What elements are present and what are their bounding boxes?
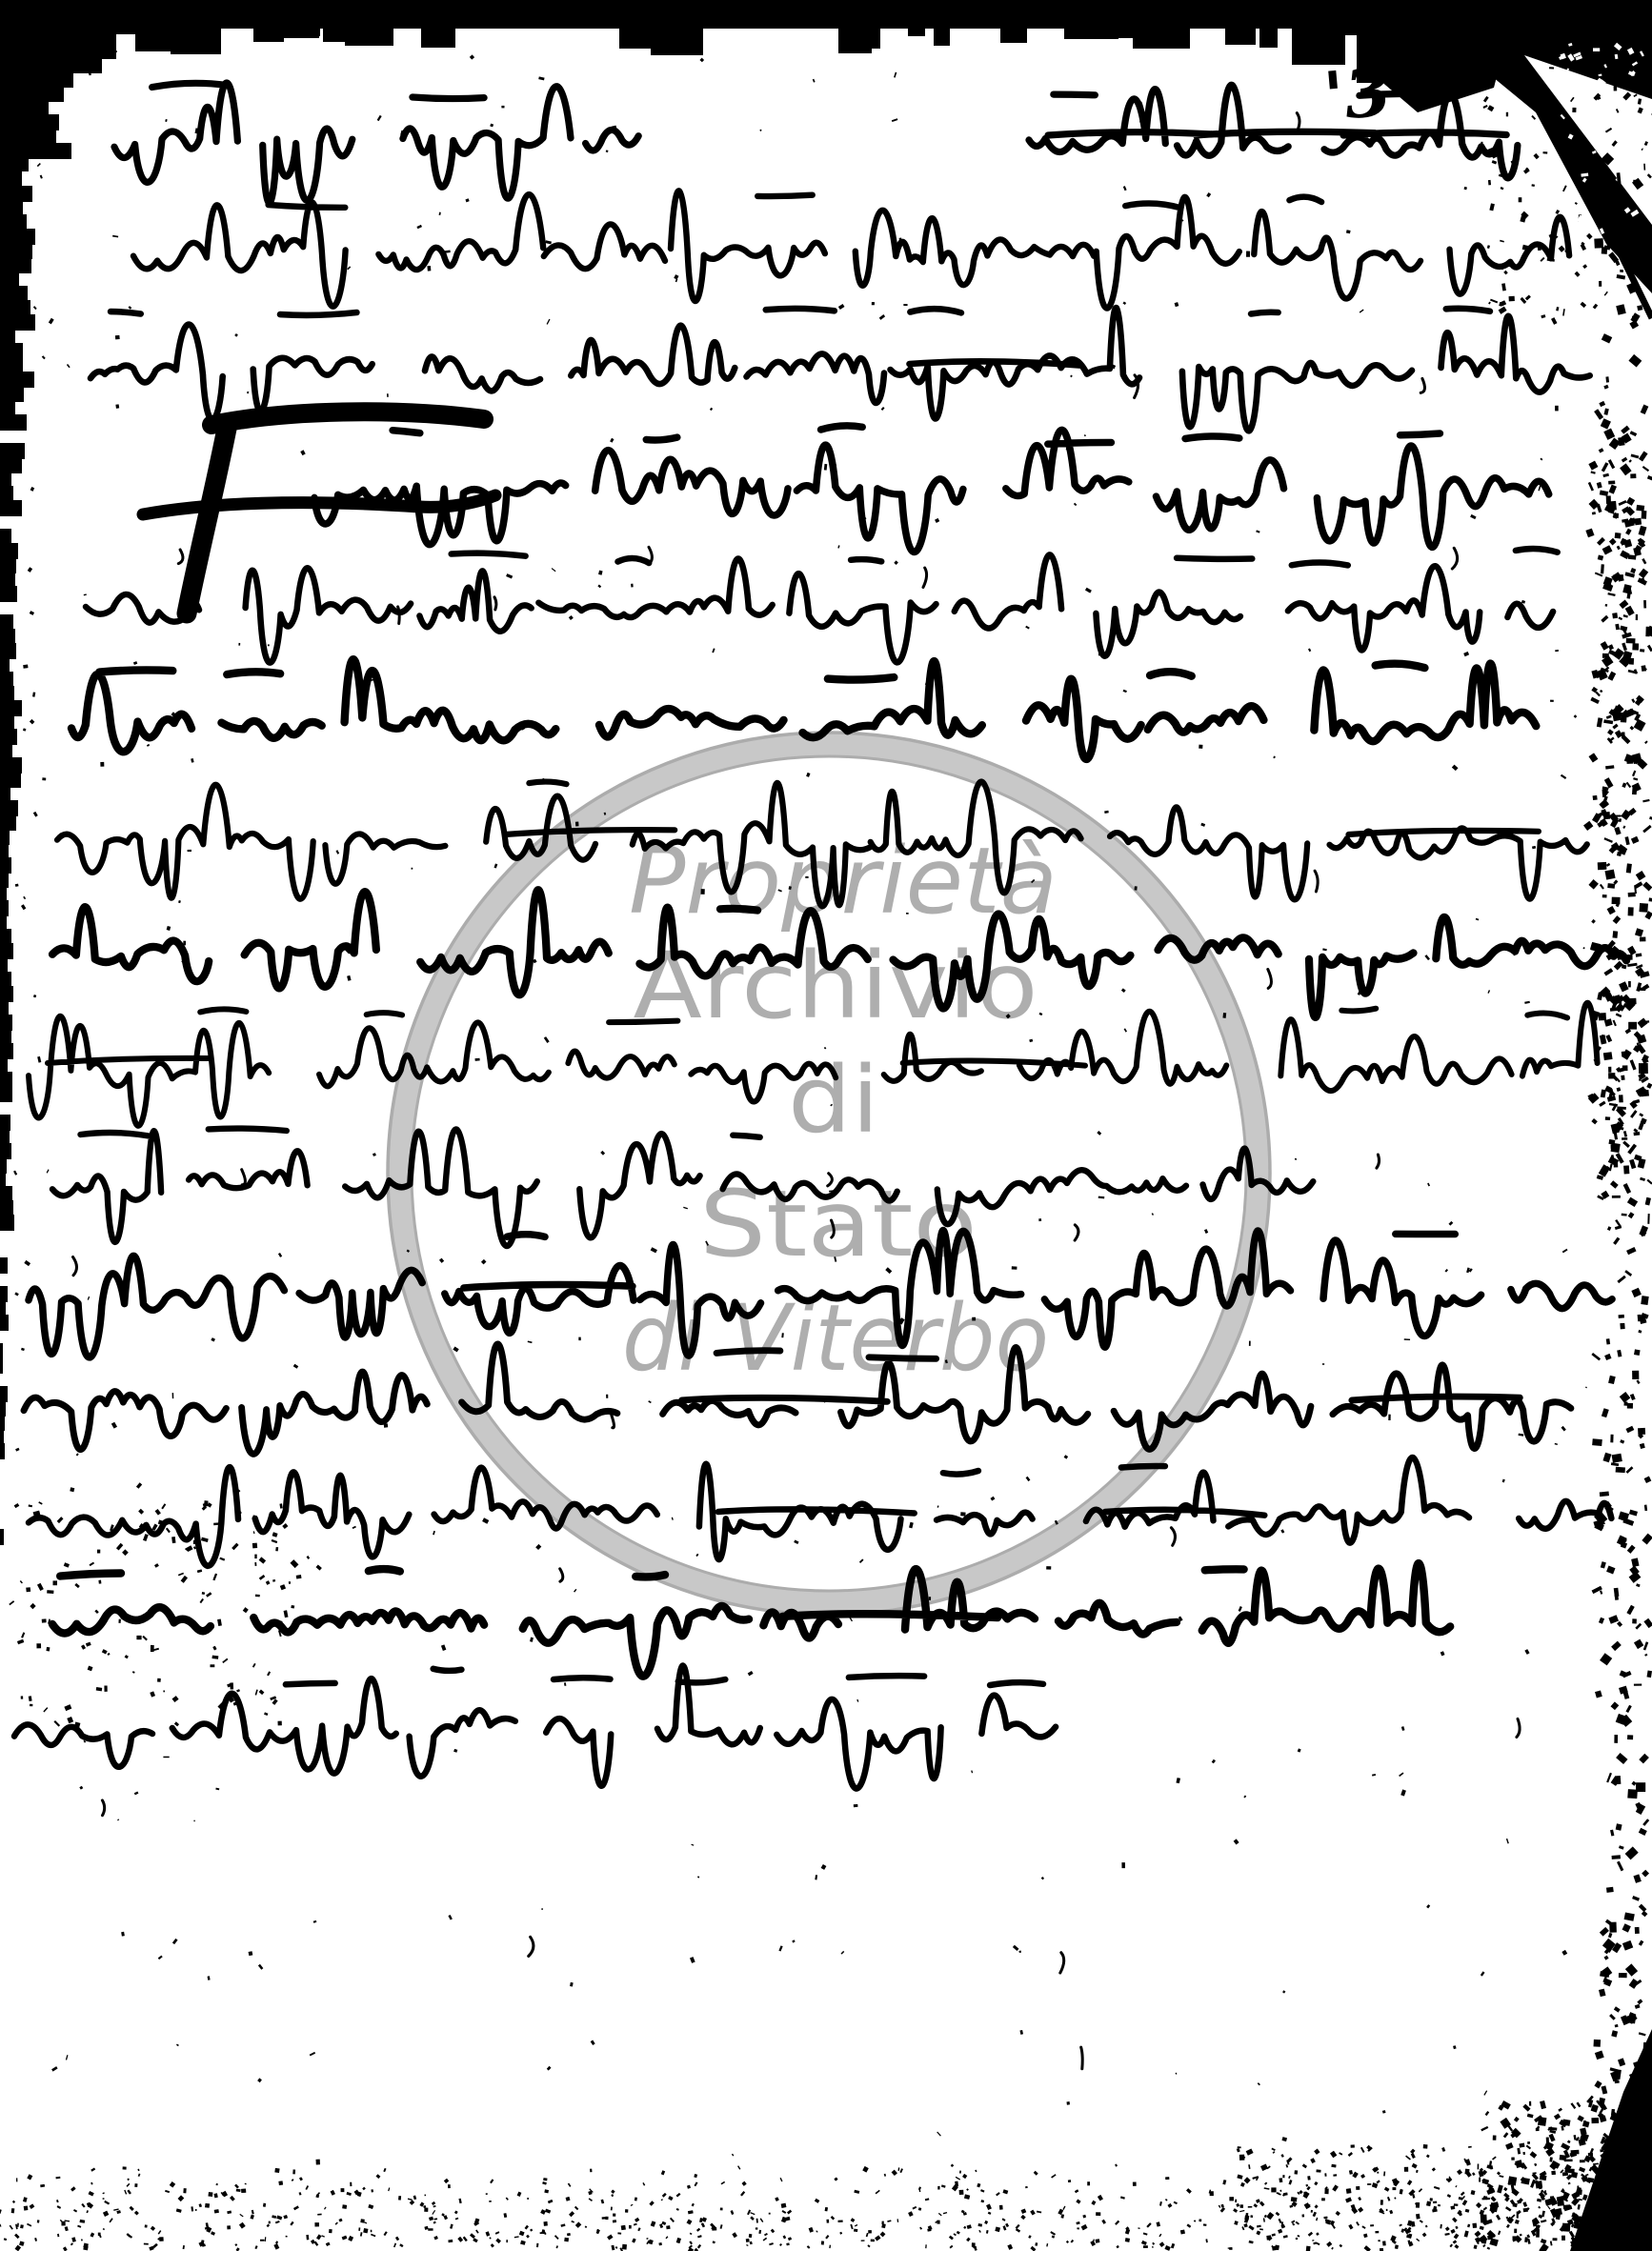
- ink-speck: [236, 2247, 240, 2251]
- manuscript-line: [29, 1457, 1611, 1566]
- ink-speck: [1279, 2190, 1281, 2192]
- ink-speck: [1622, 1940, 1633, 1951]
- ink-speck: [1618, 2163, 1620, 2166]
- ink-speck: [1087, 2181, 1090, 2185]
- ink-speck: [1562, 185, 1567, 191]
- ink-speck: [781, 2203, 787, 2208]
- ink-speck: [1540, 458, 1542, 461]
- ink-speck: [1602, 462, 1609, 472]
- ink-speck: [1561, 1950, 1567, 1956]
- ink-speck: [1579, 2189, 1582, 2195]
- ink-speck: [236, 2189, 241, 2192]
- ink-speck: [1457, 2169, 1462, 2175]
- ink-speck: [1480, 2209, 1485, 2215]
- ink-speck: [1613, 1237, 1620, 1245]
- ink-speck: [1243, 1796, 1246, 1799]
- ink-speck: [94, 1610, 98, 1614]
- ink-speck: [552, 568, 556, 572]
- ink-speck: [42, 355, 46, 359]
- ink-speck: [67, 1717, 73, 1723]
- ink-speck: [113, 2208, 119, 2210]
- ink-speck: [454, 2210, 458, 2214]
- ink-speck: [1619, 1973, 1627, 1978]
- ink-speck: [1601, 564, 1604, 573]
- ink-speck: [1580, 2160, 1585, 2162]
- ink-speck: [540, 2209, 546, 2215]
- ink-speck: [1603, 1956, 1608, 1960]
- ink-speck: [1313, 2212, 1317, 2217]
- ink-speck: [1619, 500, 1627, 506]
- ink-speck: [74, 1583, 79, 1588]
- ink-speck: [1533, 153, 1539, 159]
- ink-speck: [1570, 2102, 1576, 2109]
- ink-speck: [284, 1610, 289, 1618]
- manuscript-page: Proprietà Archivio di Stato di Viterbo '…: [0, 0, 1652, 2251]
- ink-speck: [448, 1915, 453, 1920]
- ink-speck: [838, 304, 845, 310]
- ink-speck: [1481, 1971, 1485, 1976]
- ink-speck: [1605, 765, 1614, 769]
- ink-speck: [1613, 915, 1622, 924]
- ink-speck: [30, 719, 34, 724]
- ink-speck: [1555, 650, 1559, 652]
- ink-speck: [1627, 1403, 1633, 1409]
- ink-speck: [1577, 2115, 1583, 2121]
- ink-speck: [1600, 1590, 1602, 1594]
- ink-speck: [252, 1543, 257, 1549]
- ink-speck: [112, 235, 118, 238]
- ink-speck: [713, 2241, 715, 2243]
- ink-speck: [234, 2184, 239, 2189]
- ink-speck: [1060, 2214, 1064, 2218]
- ink-speck: [1540, 257, 1544, 262]
- ink-speck: [764, 2233, 768, 2236]
- ink-speck: [1551, 317, 1557, 325]
- ink-speck: [1248, 2206, 1253, 2208]
- ink-speck: [1465, 2209, 1470, 2213]
- ink-speck: [1598, 862, 1607, 870]
- ink-speck: [1141, 2241, 1147, 2245]
- ink-speck: [1506, 1839, 1509, 1844]
- ink-speck: [694, 2174, 697, 2178]
- ink-speck: [1115, 2221, 1119, 2225]
- ink-speck: [1646, 1179, 1652, 1185]
- ink-speck: [1602, 894, 1607, 897]
- ink-speck: [972, 1317, 976, 1321]
- ink-speck: [607, 2234, 613, 2240]
- ink-speck: [1536, 2128, 1540, 2131]
- ink-speck: [1505, 2142, 1514, 2150]
- ink-speck: [458, 2199, 461, 2203]
- ink-speck: [1604, 291, 1608, 296]
- ink-speck: [1322, 1363, 1324, 1365]
- ink-speck: [1642, 799, 1649, 803]
- ink-speck: [1186, 2223, 1191, 2227]
- ink-speck: [1592, 512, 1596, 514]
- ink-speck: [1241, 2226, 1244, 2230]
- ink-speck: [1240, 2182, 1245, 2187]
- ink-speck: [813, 79, 816, 83]
- ink-speck: [1511, 2158, 1515, 2161]
- ink-speck: [1640, 1443, 1645, 1449]
- ink-speck: [538, 76, 544, 80]
- ink-speck: [1619, 1095, 1623, 1102]
- ink-speck: [1485, 2223, 1487, 2225]
- ink-speck: [1164, 610, 1167, 612]
- ink-speck: [613, 2220, 616, 2222]
- ink-speck: [527, 2198, 530, 2201]
- ink-speck: [1617, 1861, 1623, 1872]
- ink-speck: [24, 1260, 30, 1266]
- ink-speck: [1433, 2201, 1437, 2203]
- ink-speck: [1123, 186, 1127, 191]
- ink-speck: [525, 2225, 529, 2230]
- ink-speck: [1632, 643, 1639, 650]
- ink-speck: [1550, 2196, 1555, 2201]
- ink-speck: [1591, 1118, 1597, 1124]
- ink-speck: [1475, 2237, 1481, 2242]
- ink-speck: [1308, 649, 1311, 653]
- ink-speck: [780, 2178, 783, 2181]
- ink-speck: [1613, 1020, 1617, 1027]
- ink-speck: [137, 2169, 139, 2171]
- ink-speck: [1121, 1862, 1125, 1868]
- ink-speck: [1622, 643, 1627, 652]
- ink-speck: [1002, 2218, 1006, 2221]
- ink-speck: [443, 2215, 448, 2220]
- ink-speck: [1259, 2201, 1265, 2207]
- ink-speck: [1622, 1517, 1634, 1525]
- ink-speck: [568, 2183, 572, 2187]
- ink-speck: [1487, 2247, 1491, 2250]
- ink-speck: [1248, 2164, 1250, 2169]
- ink-speck: [1070, 375, 1073, 378]
- ink-speck: [959, 2171, 961, 2174]
- ink-speck: [824, 464, 827, 471]
- ink-speck: [14, 2234, 20, 2239]
- ink-speck: [1453, 2045, 1457, 2049]
- ink-speck: [1464, 2231, 1469, 2238]
- ink-speck: [30, 487, 35, 492]
- ink-speck: [617, 2232, 621, 2234]
- ink-speck: [1311, 2210, 1313, 2213]
- ink-speck: [1625, 1846, 1639, 1859]
- ink-speck: [1623, 1165, 1629, 1174]
- ink-speck: [871, 2240, 875, 2242]
- ink-speck: [1444, 2233, 1449, 2236]
- ink-speck: [1614, 1735, 1618, 1743]
- ink-speck: [211, 2231, 215, 2235]
- ink-speck: [899, 238, 902, 242]
- ink-speck: [1552, 2238, 1557, 2241]
- ink-speck: [1604, 777, 1614, 788]
- ink-speck: [71, 2237, 76, 2242]
- ink-speck: [651, 1247, 657, 1253]
- ink-speck: [959, 2190, 964, 2195]
- ink-speck: [1400, 2228, 1404, 2232]
- ink-speck: [23, 665, 28, 669]
- ink-speck: [234, 2243, 237, 2246]
- ink-speck: [1599, 1618, 1604, 1624]
- ink-speck: [649, 2240, 654, 2245]
- ink-speck: [1639, 1754, 1649, 1764]
- ink-speck: [199, 1598, 204, 1603]
- ink-speck: [1586, 233, 1592, 240]
- ink-speck: [1593, 304, 1598, 310]
- ink-speck: [373, 1153, 376, 1156]
- ink-speck: [1639, 1113, 1643, 1116]
- ink-speck: [1514, 954, 1516, 955]
- ink-speck: [33, 995, 36, 997]
- ink-speck: [37, 163, 41, 167]
- ink-speck: [1639, 1828, 1647, 1836]
- ink-speck: [566, 2197, 571, 2201]
- ink-speck: [1597, 993, 1602, 1001]
- ink-speck: [1606, 495, 1611, 503]
- ink-speck: [36, 1643, 41, 1648]
- ink-speck: [1628, 981, 1631, 987]
- ink-speck: [254, 2245, 257, 2249]
- ink-speck: [1610, 1180, 1619, 1188]
- ink-speck: [86, 1642, 91, 1647]
- ink-speck: [721, 2181, 726, 2185]
- ink-speck: [259, 1557, 267, 1563]
- ink-speck: [188, 850, 191, 852]
- ink-speck: [313, 1920, 317, 1923]
- ink-speck: [1622, 1214, 1627, 1216]
- ink-speck: [1203, 2223, 1207, 2225]
- ink-speck: [1324, 2173, 1326, 2176]
- ink-speck: [1582, 2120, 1590, 2127]
- ink-speck: [1250, 2215, 1253, 2218]
- ink-speck: [648, 1400, 652, 1403]
- ink-speck: [1549, 2157, 1552, 2161]
- ink-speck: [1639, 903, 1648, 913]
- ink-speck: [1614, 2006, 1621, 2012]
- ink-speck: [170, 2181, 175, 2188]
- ink-speck: [1610, 1435, 1613, 1443]
- ink-speck: [1588, 753, 1598, 762]
- ink-speck: [191, 2206, 193, 2211]
- ink-speck: [1030, 2210, 1036, 2216]
- ink-speck: [424, 2208, 428, 2212]
- ink-speck: [971, 1770, 973, 1773]
- ink-speck: [1621, 426, 1630, 434]
- ink-speck: [806, 773, 810, 777]
- ink-speck: [637, 2227, 640, 2231]
- ink-speck: [988, 2212, 992, 2215]
- ink-speck: [999, 2205, 1003, 2210]
- ink-speck: [1523, 168, 1530, 173]
- ink-speck: [393, 2243, 396, 2248]
- ink-speck: [1481, 142, 1482, 145]
- ink-speck: [1590, 942, 1601, 952]
- ink-speck: [102, 2192, 104, 2194]
- ink-speck: [1602, 2241, 1611, 2244]
- ink-speck: [887, 2220, 891, 2221]
- ink-speck: [1445, 2226, 1450, 2231]
- ink-speck: [1606, 1338, 1610, 1344]
- ink-speck: [1600, 491, 1608, 496]
- ink-speck: [9, 1600, 14, 1605]
- ink-speck: [1384, 2187, 1390, 2192]
- ink-speck: [364, 2221, 367, 2223]
- ink-speck: [27, 2223, 31, 2227]
- ink-speck: [1523, 2208, 1528, 2213]
- ink-speck: [1590, 697, 1600, 704]
- ink-speck: [1550, 2241, 1553, 2245]
- ink-speck: [697, 2235, 702, 2238]
- ink-speck: [32, 692, 35, 696]
- ink-speck: [1637, 305, 1642, 311]
- ink-speck: [269, 2221, 271, 2224]
- ink-speck: [1345, 2197, 1352, 2202]
- ink-speck: [1526, 2145, 1531, 2150]
- ink-speck: [1487, 245, 1490, 249]
- ink-speck: [1180, 2229, 1185, 2234]
- ink-speck: [1605, 604, 1608, 607]
- ink-speck: [1611, 1641, 1622, 1651]
- ink-speck: [1259, 2228, 1263, 2230]
- ink-speck: [1003, 2225, 1007, 2230]
- ink-speck: [1628, 1022, 1637, 1030]
- ink-speck: [1617, 1087, 1622, 1092]
- ink-speck: [1283, 2192, 1288, 2196]
- ink-speck: [1602, 473, 1609, 477]
- ink-speck: [1648, 897, 1652, 901]
- ink-speck: [129, 306, 132, 310]
- ink-speck: [963, 2226, 966, 2229]
- ink-speck: [622, 2244, 627, 2250]
- ink-speck: [929, 1597, 931, 1600]
- ink-speck: [1647, 645, 1652, 652]
- ink-speck: [1222, 2180, 1226, 2184]
- ink-speck: [37, 1583, 44, 1591]
- ink-speck: [490, 2179, 494, 2183]
- ink-speck: [266, 1580, 271, 1585]
- ink-speck: [1483, 2207, 1487, 2211]
- ink-speck: [951, 2164, 955, 2167]
- ink-speck: [571, 2221, 574, 2223]
- ink-speck: [530, 2229, 533, 2232]
- ink-speck: [699, 2218, 703, 2222]
- ink-speck: [1594, 2208, 1597, 2213]
- ink-speck: [1596, 504, 1602, 513]
- ink-speck: [1606, 1566, 1615, 1575]
- ink-speck: [1167, 2203, 1172, 2208]
- ink-speck: [960, 1512, 965, 1516]
- ink-speck: [1101, 2220, 1106, 2224]
- ink-speck: [1600, 690, 1602, 693]
- ink-speck: [1474, 2245, 1478, 2250]
- ink-speck: [962, 2174, 967, 2179]
- ink-speck: [290, 1559, 298, 1568]
- ink-speck: [1260, 2164, 1268, 2172]
- ink-speck: [272, 1698, 278, 1704]
- ink-speck: [1376, 2180, 1380, 2183]
- ink-speck: [809, 2227, 814, 2233]
- ink-speck: [1239, 1606, 1242, 1612]
- ink-speck: [413, 2196, 417, 2201]
- ink-speck: [161, 1503, 166, 1509]
- ink-speck: [585, 2225, 588, 2228]
- ink-speck: [1514, 2229, 1517, 2234]
- ink-speck: [1266, 2212, 1274, 2220]
- ink-speck: [51, 2066, 58, 2071]
- ink-speck: [1599, 281, 1602, 287]
- watermark-line-archivio: Archivio: [634, 933, 1038, 1039]
- ink-speck: [1631, 1288, 1642, 1297]
- ink-speck: [167, 926, 171, 931]
- ink-speck: [763, 2238, 768, 2241]
- ink-speck: [37, 1056, 41, 1063]
- ink-speck: [591, 2040, 595, 2045]
- ink-speck: [208, 1976, 211, 1980]
- ink-speck: [1562, 1249, 1568, 1254]
- ink-speck: [1404, 1338, 1410, 1340]
- ink-speck: [255, 1689, 258, 1695]
- ink-speck: [1200, 823, 1205, 827]
- ink-speck: [1331, 2247, 1334, 2250]
- ink-speck: [909, 1522, 914, 1529]
- ink-speck: [216, 2183, 218, 2185]
- ink-speck: [1276, 2212, 1280, 2217]
- ink-speck: [1582, 2194, 1588, 2201]
- ink-speck: [649, 2201, 654, 2205]
- ink-speck: [1617, 2205, 1621, 2209]
- ink-speck: [689, 2241, 693, 2244]
- ink-speck: [1165, 2177, 1169, 2180]
- ink-speck: [1622, 732, 1625, 738]
- ink-speck: [1005, 2223, 1009, 2227]
- ink-speck: [21, 904, 26, 910]
- ink-speck: [1627, 1735, 1633, 1739]
- ink-speck: [252, 2210, 254, 2215]
- ink-speck: [424, 2194, 426, 2196]
- ink-speck: [138, 2173, 141, 2177]
- ink-speck: [1120, 2196, 1125, 2199]
- ink-speck: [925, 2198, 930, 2201]
- ink-speck: [1608, 650, 1617, 656]
- ink-speck: [450, 2224, 453, 2229]
- ink-speck: [1599, 448, 1604, 452]
- ink-speck: [1594, 2080, 1602, 2088]
- ink-speck: [1488, 180, 1491, 185]
- ink-speck: [412, 868, 413, 870]
- ink-speck: [1634, 1132, 1641, 1136]
- ink-speck: [1138, 2227, 1139, 2229]
- ink-speck: [268, 644, 270, 646]
- ink-speck: [1039, 1013, 1043, 1015]
- ink-speck: [1629, 658, 1634, 665]
- ink-speck: [742, 2181, 747, 2186]
- ink-speck: [746, 2239, 750, 2242]
- ink-speck: [1620, 1323, 1624, 1330]
- ink-speck: [1622, 10, 1626, 14]
- ink-speck: [423, 2205, 426, 2208]
- ink-speck: [1204, 1229, 1208, 1234]
- ink-speck: [1647, 1671, 1652, 1678]
- ink-speck: [275, 2241, 278, 2243]
- ink-speck: [1476, 2202, 1481, 2208]
- ink-speck: [1612, 1454, 1622, 1463]
- ink-speck: [1050, 2231, 1056, 2236]
- ink-speck: [1601, 1561, 1606, 1568]
- ink-speck: [109, 2218, 112, 2222]
- ink-speck: [1492, 160, 1498, 164]
- ink-speck: [96, 1687, 103, 1691]
- ink-speck: [1629, 1159, 1636, 1169]
